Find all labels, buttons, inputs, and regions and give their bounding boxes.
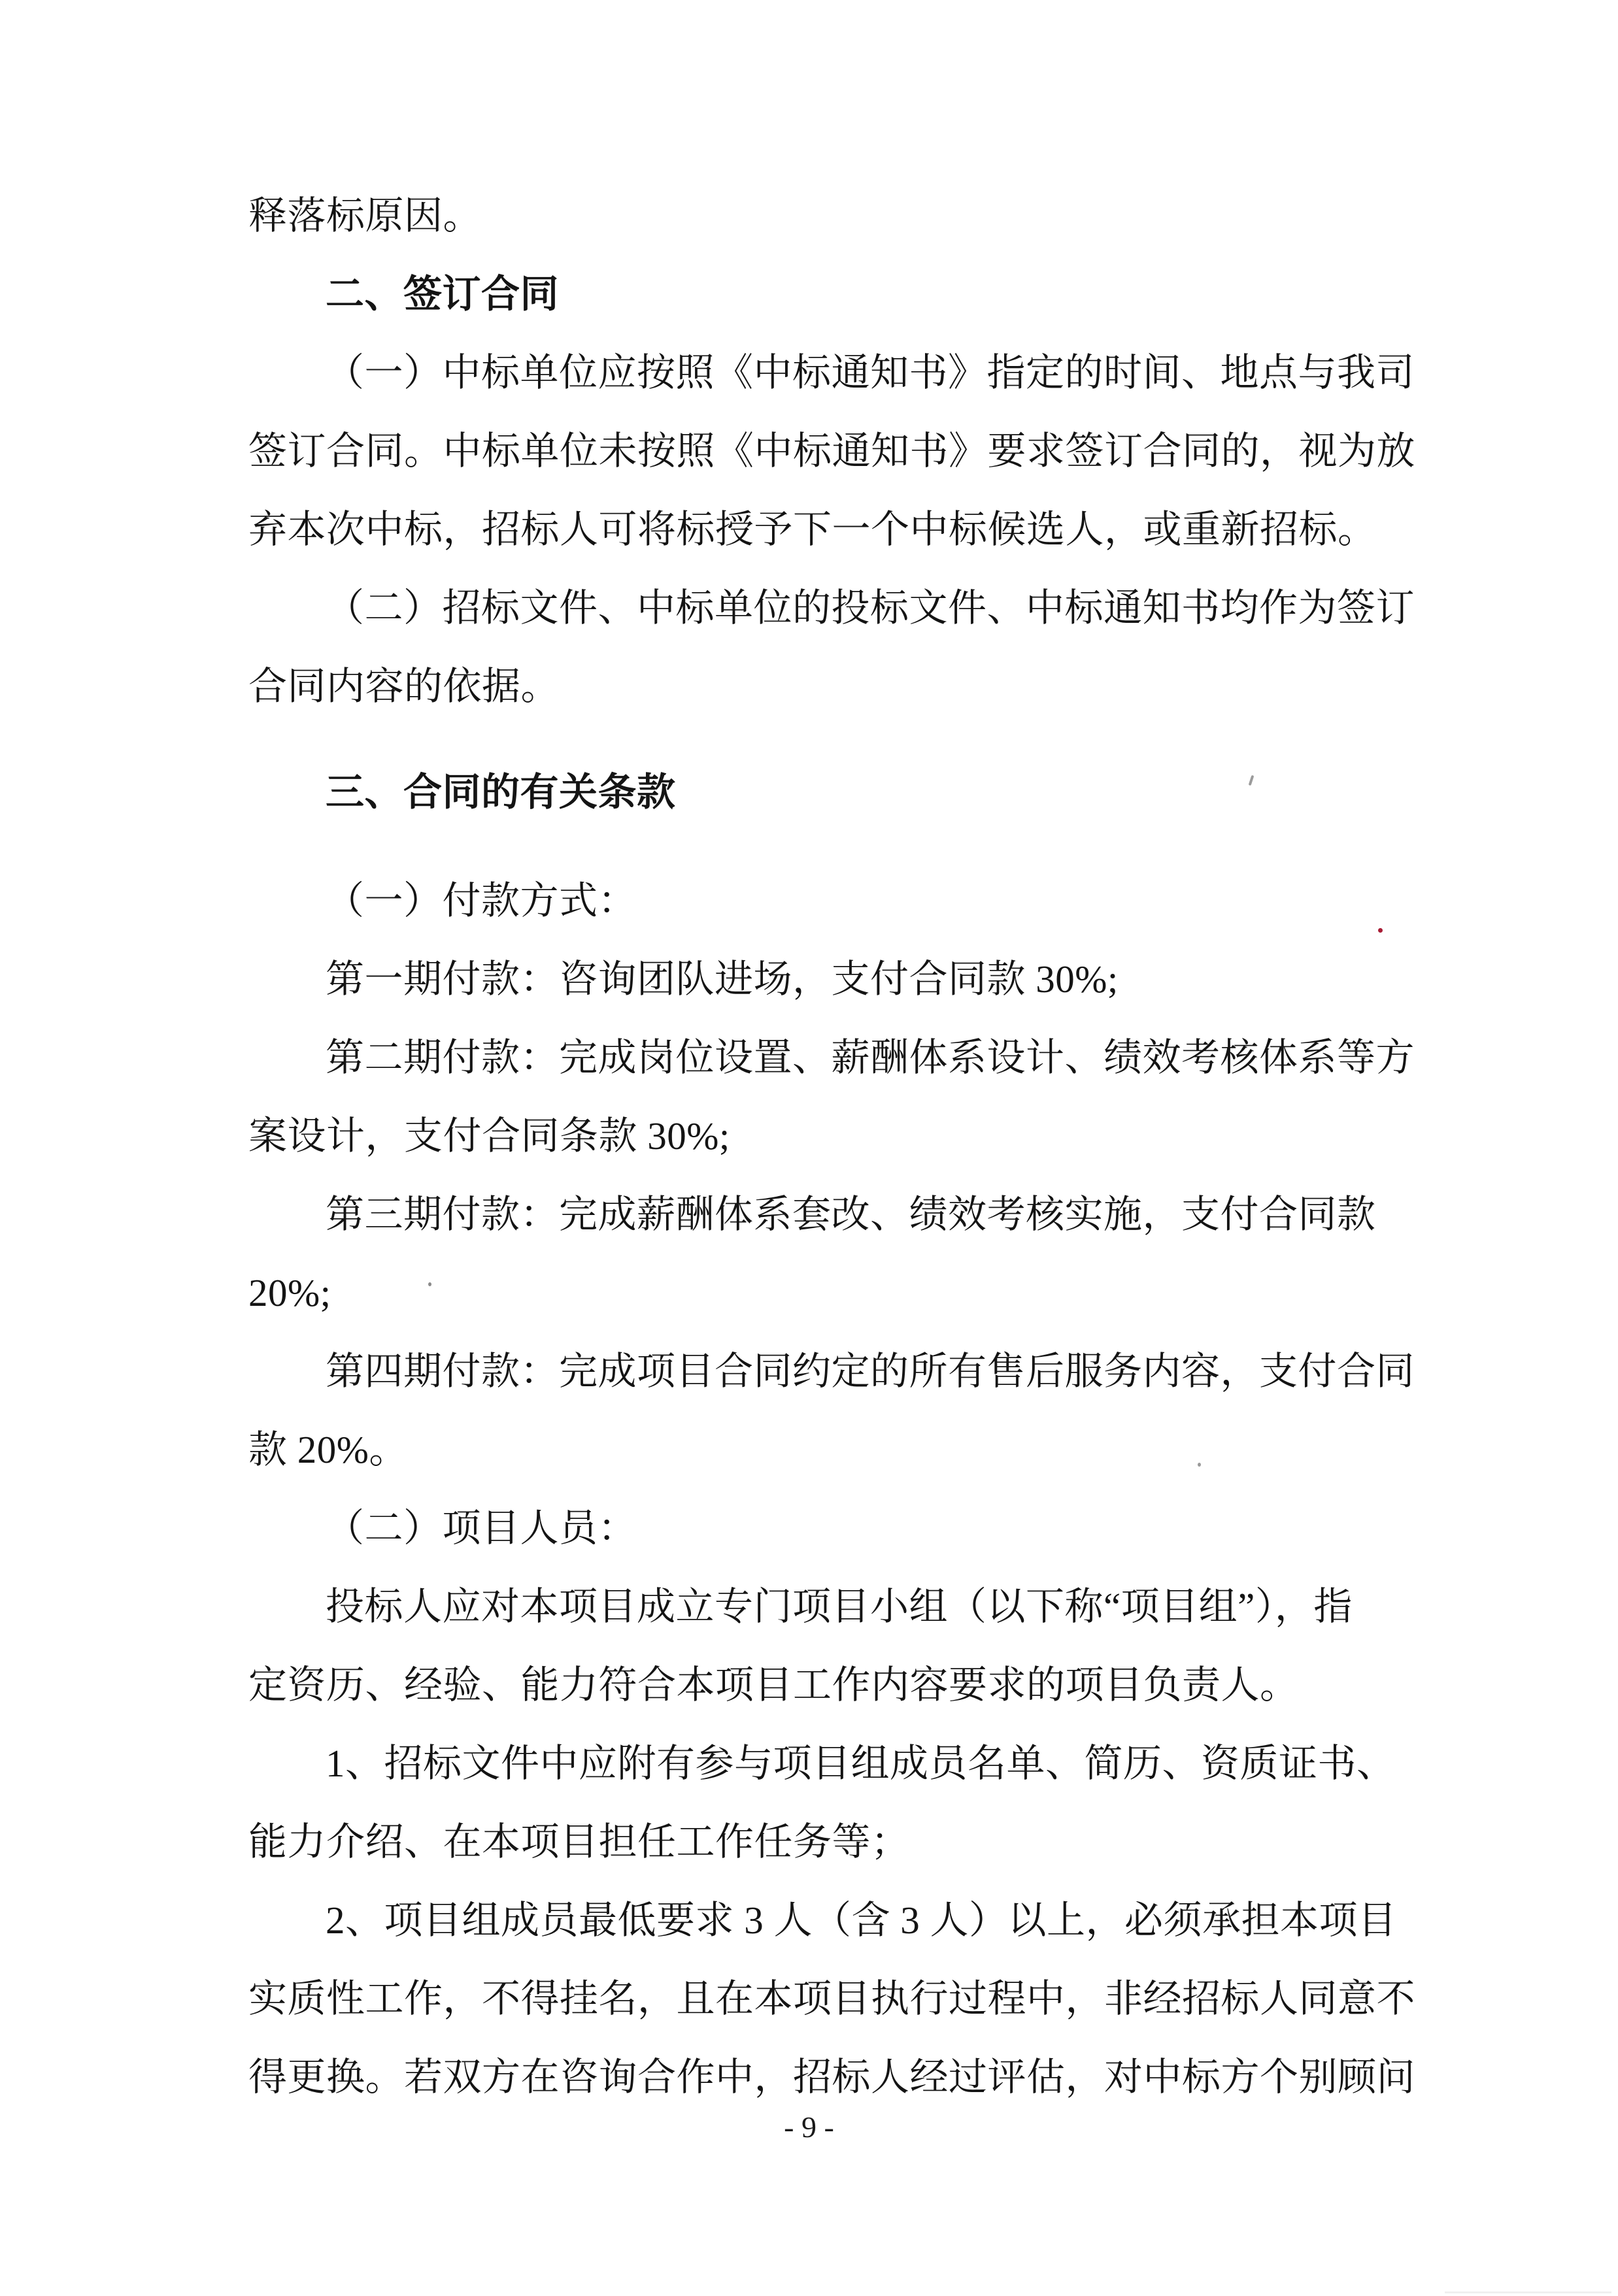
scan-edge-smudge	[1445, 2291, 1611, 2293]
doc-line: （二）招标文件、中标单位的投标文件、中标通知书均作为签订	[248, 569, 1425, 647]
doc-line: 实质性工作，不得挂名，且在本项目执行过程中，非经招标人同意不	[248, 1959, 1425, 2038]
doc-line: （一）付款方式：	[248, 861, 1425, 940]
scan-speck-gray	[428, 1282, 431, 1286]
doc-line: 案设计，支付合同条款 30%;	[248, 1097, 1425, 1175]
doc-line: 得更换。若双方在咨询合作中，招标人经过评估，对中标方个别顾问	[248, 2038, 1425, 2116]
doc-line: 定资历、经验、能力符合本项目工作内容要求的项目负责人。	[248, 1646, 1425, 1724]
doc-line: 释落标原因。	[248, 176, 1425, 255]
doc-line: 合同内容的依据。	[248, 647, 1425, 725]
doc-line: 能力介绍、在本项目担任工作任务等；	[248, 1803, 1425, 1881]
doc-line: 第三期付款：完成薪酬体系套改、绩效考核实施，支付合同款	[248, 1175, 1425, 1254]
document-text-block: 释落标原因。 二、签订合同 （一）中标单位应按照《中标通知书》指定的时间、地点与…	[248, 176, 1425, 2116]
doc-line: （二）项目人员：	[248, 1489, 1425, 1567]
page-number: - 9 -	[0, 2108, 1618, 2147]
doc-line: 第二期付款：完成岗位设置、薪酬体系设计、绩效考核体系等方	[248, 1018, 1425, 1097]
section-heading-contract-terms: 三、合同的有关条款	[248, 753, 1425, 831]
doc-line: 款 20%。	[248, 1410, 1425, 1489]
doc-line: 2、项目组成员最低要求 3 人（含 3 人）以上，必须承担本项目	[248, 1881, 1425, 1959]
document-page: 释落标原因。 二、签订合同 （一）中标单位应按照《中标通知书》指定的时间、地点与…	[0, 0, 1618, 2296]
doc-line: （一）中标单位应按照《中标通知书》指定的时间、地点与我司	[248, 333, 1425, 412]
doc-line: 弃本次中标，招标人可将标授予下一个中标候选人，或重新招标。	[248, 490, 1425, 569]
doc-line: 投标人应对本项目成立专门项目小组（以下称“项目组”），指	[248, 1567, 1425, 1646]
scan-speck-red	[1378, 928, 1383, 933]
doc-line: 20%;	[248, 1254, 1425, 1332]
doc-line: 1、招标文件中应附有参与项目组成员名单、简历、资质证书、	[248, 1724, 1425, 1803]
scan-speck-gray	[1198, 1463, 1201, 1467]
doc-line: 第四期付款：完成项目合同约定的所有售后服务内容，支付合同	[248, 1332, 1425, 1410]
doc-line: 第一期付款：咨询团队进场，支付合同款 30%;	[248, 940, 1425, 1018]
section-heading-sign-contract: 二、签订合同	[248, 255, 1425, 333]
doc-line: 签订合同。中标单位未按照《中标通知书》要求签订合同的，视为放	[248, 412, 1425, 490]
